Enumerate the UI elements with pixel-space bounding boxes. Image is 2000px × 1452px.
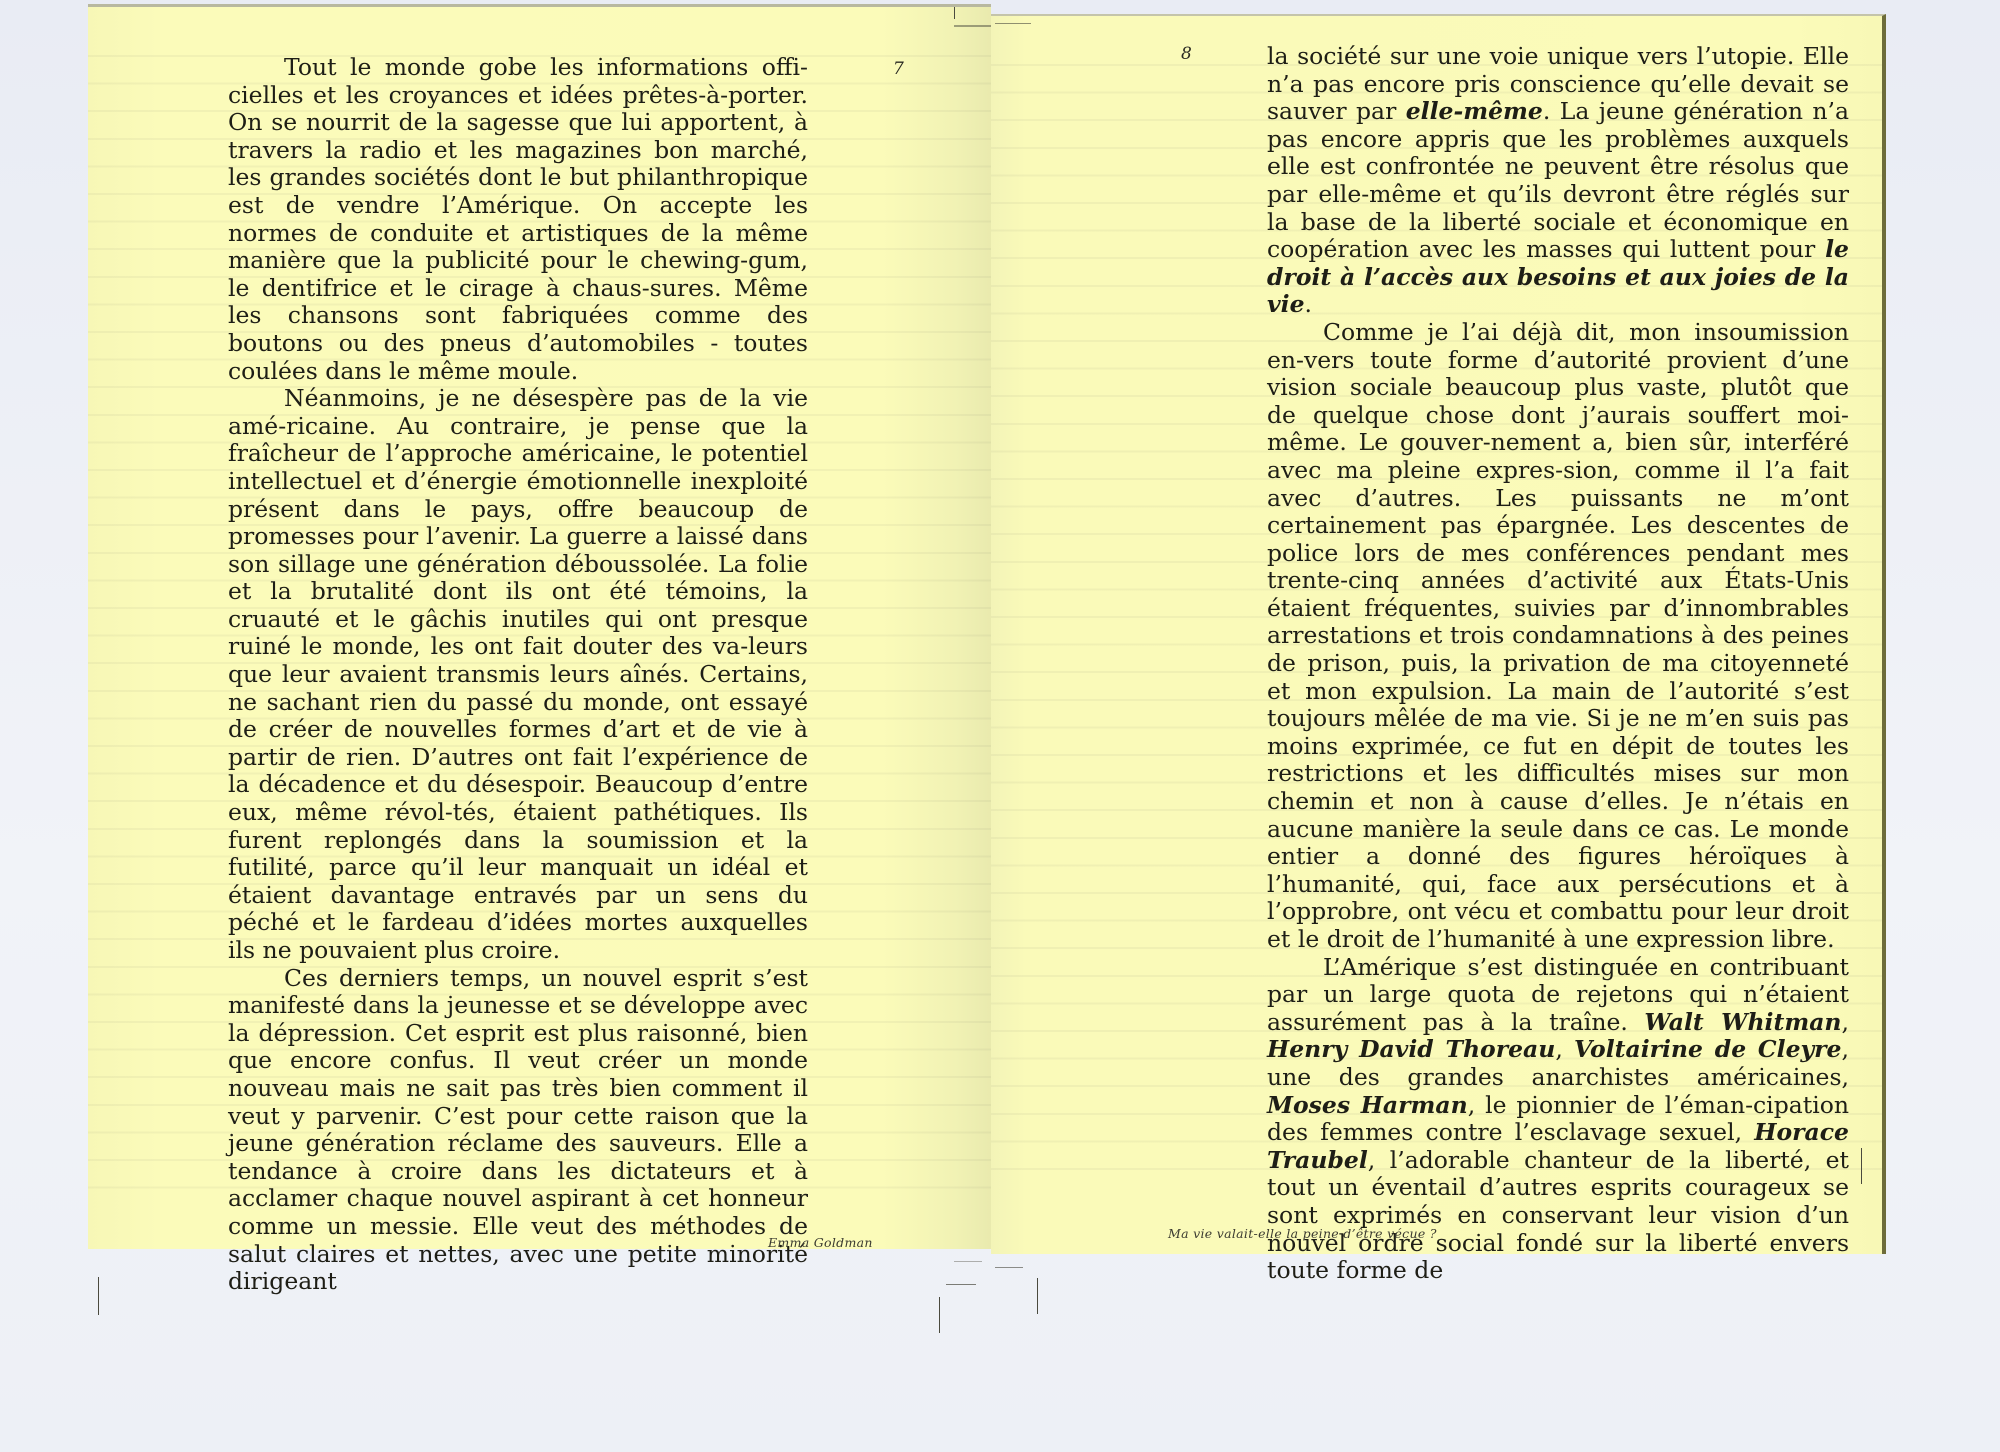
crop-mark bbox=[98, 1277, 99, 1315]
paragraph: Tout le monde gobe les informations offi… bbox=[228, 54, 808, 385]
running-footer-title: Ma vie valait-elle la peine d’être vécue… bbox=[1168, 1226, 1437, 1241]
crop-mark bbox=[954, 25, 992, 27]
crop-mark bbox=[954, 7, 955, 19]
right-page: 8 la société sur une voie unique vers l’… bbox=[991, 14, 1886, 1254]
body-text: Tout le monde gobe les informations offi… bbox=[228, 54, 808, 1296]
crop-mark bbox=[954, 1261, 982, 1262]
text-run: Tout le monde gobe les informations offi… bbox=[228, 53, 808, 385]
crop-mark bbox=[1037, 1278, 1038, 1314]
paragraph: Ces derniers temps, un nouvel esprit s’e… bbox=[228, 965, 808, 1296]
page-number: 7 bbox=[893, 59, 904, 79]
emphasized-text: Moses Harman bbox=[1267, 1091, 1468, 1119]
emphasized-text: Walt Whitman bbox=[1644, 1008, 1841, 1036]
crop-mark bbox=[939, 1297, 940, 1333]
crop-mark bbox=[946, 1284, 976, 1285]
emphasized-text: Voltairine de Cleyre bbox=[1574, 1035, 1842, 1063]
paragraph: la société sur une voie unique vers l’ut… bbox=[1267, 43, 1849, 319]
emphasized-text: Henry David Thoreau bbox=[1267, 1035, 1555, 1063]
crop-mark bbox=[1861, 1148, 1862, 1184]
text-run: , bbox=[1555, 1035, 1574, 1063]
crop-mark bbox=[995, 1267, 1023, 1268]
text-run: . bbox=[1305, 290, 1312, 318]
crop-mark bbox=[995, 23, 1031, 24]
paragraph: Comme je l’ai déjà dit, mon insoumission… bbox=[1267, 319, 1849, 954]
emphasized-text: elle-même bbox=[1406, 97, 1543, 125]
text-run: , bbox=[1842, 1008, 1849, 1036]
page-number: 8 bbox=[1181, 44, 1192, 64]
left-page: 7 Tout le monde gobe les informations of… bbox=[88, 4, 991, 1249]
text-run: Ces derniers temps, un nouvel esprit s’e… bbox=[228, 964, 808, 1296]
text-run: Comme je l’ai déjà dit, mon insoumission… bbox=[1267, 318, 1849, 953]
paragraph: Néanmoins, je ne désespère pas de la vie… bbox=[228, 385, 808, 964]
body-text: la société sur une voie unique vers l’ut… bbox=[1267, 43, 1849, 1285]
book-spread: 7 Tout le monde gobe les informations of… bbox=[88, 2, 1886, 1250]
running-footer-author: Emma Goldman bbox=[768, 1235, 873, 1250]
text-run: Néanmoins, je ne désespère pas de la vie… bbox=[228, 384, 808, 964]
